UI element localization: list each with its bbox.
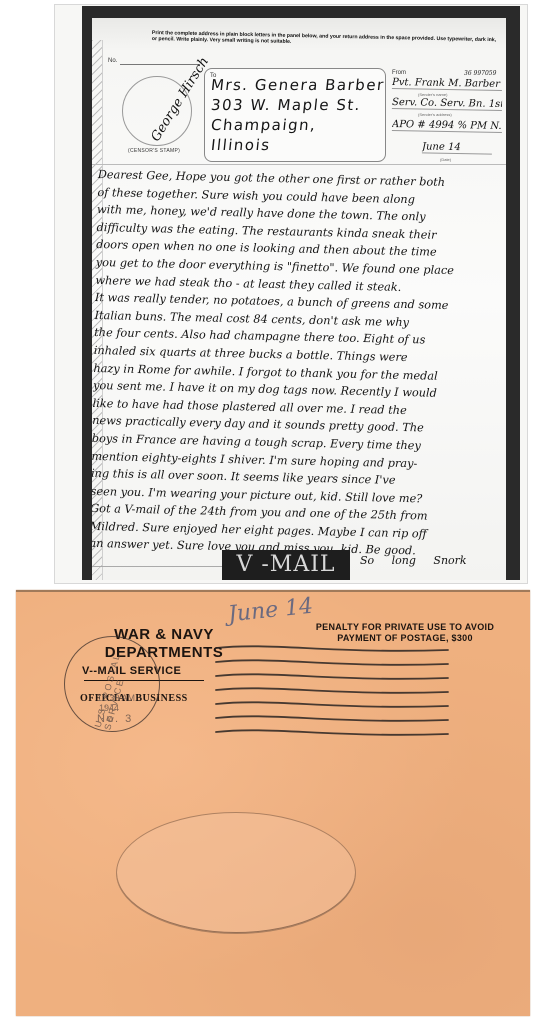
recipient-address-panel: To Mrs. Genera Barber 303 W. Maple St. C…	[204, 68, 386, 162]
address-instructions: Print the complete address in plain bloc…	[152, 30, 497, 50]
cancellation-wavy-lines	[212, 640, 452, 740]
recipient-name: Mrs. Genera Barber	[210, 75, 386, 95]
postmark-time: 12:30 AM	[97, 693, 135, 703]
letter-body: Dearest Gee, Hope you got the other one …	[92, 166, 502, 562]
recipient-street: 303 W. Maple St.	[210, 95, 362, 115]
penalty-line-1: PENALTY FOR PRIVATE USE TO AVOID	[300, 622, 510, 633]
number-label: No.	[108, 58, 117, 64]
vmail-letter: Print the complete address in plain bloc…	[92, 18, 506, 580]
sender-serial-number: 36 997059	[464, 70, 496, 77]
recipient-state: Illinois	[210, 135, 272, 155]
sender-address-caption: (Sender's address)	[418, 112, 452, 117]
postmark-station: No. 3	[97, 713, 133, 725]
postmark-stamp: U.S. POSTAL SERVICE 12:30 AM 1944 No. 3	[64, 636, 160, 732]
letter-date: June 14	[422, 141, 492, 154]
sender-name-caption: (Sender's name)	[418, 92, 447, 97]
letter-signoff: So long Snork	[360, 554, 467, 567]
envelope-address-window	[116, 812, 356, 934]
vmail-logo: V -MAIL	[222, 550, 350, 580]
sender-address-1: Serv. Co. Serv. Bn. 1st S.S.F.	[392, 97, 502, 111]
vmail-envelope: June 14 WAR & NAVY DEPARTMENTS V--MAIL S…	[16, 590, 530, 1016]
footer-rule	[92, 566, 222, 567]
from-label: From	[392, 70, 406, 76]
sender-name: Pvt. Frank M. Barber	[392, 77, 502, 91]
number-line	[120, 64, 200, 65]
postmark-year: 1944	[99, 703, 119, 713]
censor-stamp-label: (CENSOR'S STAMP)	[128, 148, 180, 154]
date-caption: (Date)	[440, 157, 451, 162]
sender-address-2: APO # 4994 % PM N.Y.C. N.Y.	[392, 119, 502, 133]
header-divider	[92, 164, 506, 165]
recipient-city: Champaign,	[210, 115, 318, 135]
